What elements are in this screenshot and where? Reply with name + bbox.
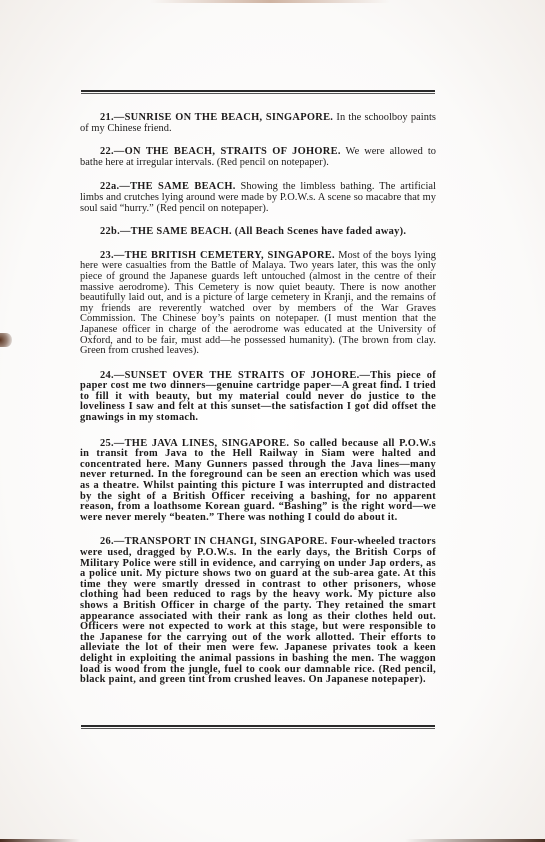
entry-25: 25.—THE JAVA LINES, SINGAPORE. So called…: [80, 439, 436, 524]
entry-body: Most of the boys lying here were casualt…: [80, 250, 436, 356]
paper-stain-top: [150, 0, 390, 3]
catalogue-entries: 21.—SUNRISE ON THE BEACH, SINGAPORE. In …: [80, 113, 436, 698]
entry-22b: 22b.—THE SAME BEACH. (All Beach Scenes h…: [80, 227, 436, 238]
entry-title: 24.—SUNSET OVER THE STRAITS OF JOHORE.—: [100, 370, 370, 381]
entry-21: 21.—SUNRISE ON THE BEACH, SINGAPORE. In …: [80, 113, 436, 134]
entry-title: 21.—SUNRISE ON THE BEACH, SINGAPORE.: [100, 112, 333, 123]
entry-22a: 22a.—THE SAME BEACH. Showing the limbles…: [80, 182, 436, 214]
rule-line: [81, 90, 435, 92]
entry-22: 22.—ON THE BEACH, STRAITS OF JOHORE. We …: [80, 147, 436, 168]
entry-title: 22.—ON THE BEACH, STRAITS OF JOHORE.: [100, 146, 341, 157]
entry-title: 26.—TRANSPORT IN CHANGI, SINGAPORE.: [100, 536, 328, 547]
paper-stain-left: [0, 333, 12, 347]
entry-body: (All Beach Scenes have faded away).: [232, 226, 406, 237]
rule-line: [81, 728, 435, 729]
rule-line: [81, 725, 435, 727]
entry-title: 22a.—THE SAME BEACH.: [100, 181, 236, 192]
entry-title: 23.—THE BRITISH CEMETERY, SINGAPORE.: [100, 250, 335, 261]
bottom-double-rule: [81, 725, 435, 729]
entry-23: 23.—THE BRITISH CEMETERY, SINGAPORE. Mos…: [80, 251, 436, 357]
entry-body: Four-wheeled tractors were used, dragged…: [80, 536, 436, 685]
entry-title: 25.—THE JAVA LINES, SINGAPORE.: [100, 438, 289, 449]
rule-line: [81, 93, 435, 94]
entry-24: 24.—SUNSET OVER THE STRAITS OF JOHORE.—T…: [80, 371, 436, 424]
top-double-rule: [81, 90, 435, 94]
scanned-page: 21.—SUNRISE ON THE BEACH, SINGAPORE. In …: [0, 0, 545, 842]
entry-26: 26.—TRANSPORT IN CHANGI, SINGAPORE. Four…: [80, 537, 436, 685]
entry-body: So called because all P.O.W.s in transit…: [80, 438, 436, 523]
entry-title: 22b.—THE SAME BEACH.: [100, 226, 232, 237]
